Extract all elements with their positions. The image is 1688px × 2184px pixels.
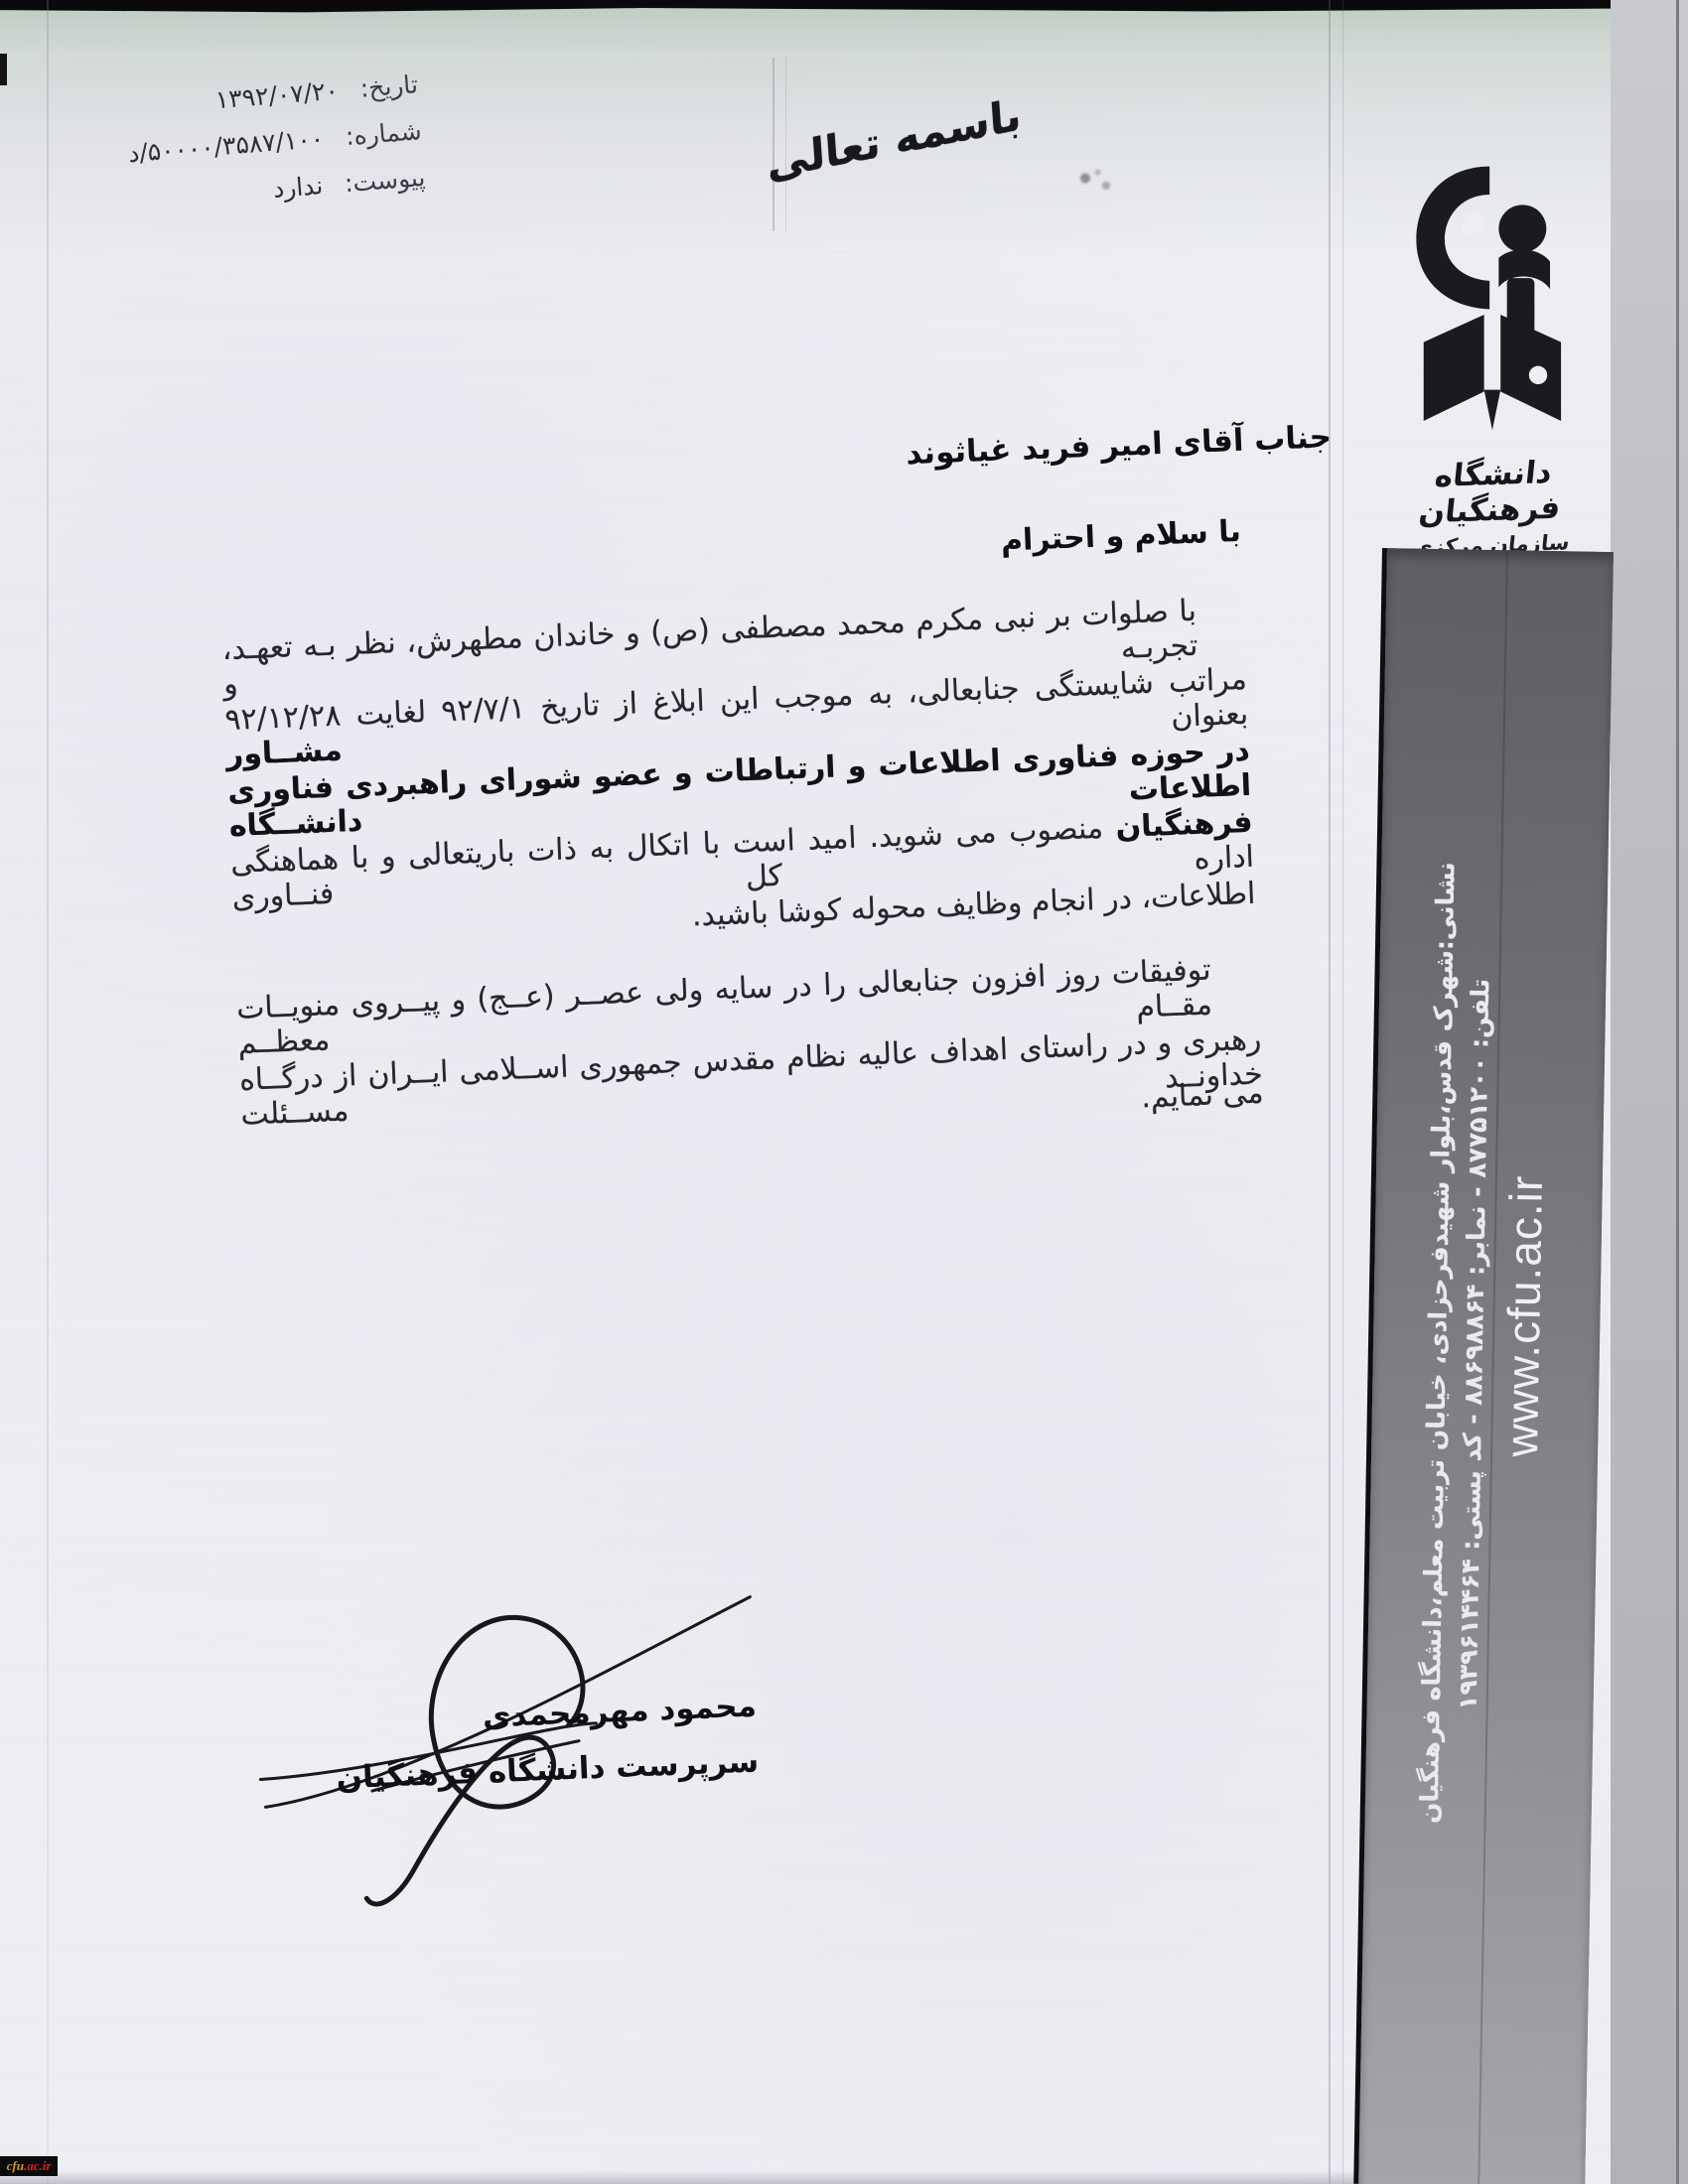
left-margin-line [47,0,49,2184]
university-emblem-icon [1409,159,1574,447]
body-text-bold: فرهنگیان [1115,805,1253,846]
besmele-calligraphy: باسمه تعالی [766,90,1023,190]
scan-edge-bottom [0,2170,1390,2184]
attachment-label: پیوست: [343,154,427,206]
watermark-suffix: .ac.ir [24,2158,51,2174]
letter-meta-block: تاریخ: ۱۳۹۲/۰۷/۲۰ شماره: ۱۰۰‏/۳۵۸۷‏/۵۰۰۰… [89,61,427,225]
date-label: تاریخ: [358,61,420,111]
body-text-bold: مشــاور [225,733,343,772]
number-label: شماره: [344,107,423,160]
scan-edge-right-line [1676,0,1679,2184]
logo-university-name: دانشگاه فرهنگیان [1382,453,1600,532]
ink-smudge [1070,165,1120,195]
scanned-letter-page: تاریخ: ۱۳۹۲/۰۷/۲۰ شماره: ۱۰۰‏/۳۵۸۷‏/۵۰۰۰… [0,0,1688,2184]
addressee-line: جناب آقای امیر فرید غیاثوند [906,419,1333,472]
corner-watermark: cfu.ac.ir [0,2156,58,2176]
scan-edge-top [0,0,1688,13]
attachment-value: ندارد [271,162,325,212]
salutation-line: با سلام و احترام [1000,514,1241,559]
fold-line [1342,0,1343,2184]
letterhead-strip-content: نشانی:شهرک قدس،بلوار شهیدفرحزادی، خیابان… [1358,548,1614,2184]
scan-edge-mark [0,54,7,85]
letterhead-strip: نشانی:شهرک قدس،بلوار شهیدفرحزادی، خیابان… [1353,548,1614,2184]
university-logo: دانشگاه فرهنگیان سازمان مرکزی [1386,159,1597,557]
watermark-prefix: cfu [7,2158,24,2174]
letter-body: جناب آقای امیر فرید غیاثوند با سلام و اح… [145,415,1296,1947]
fold-line [1329,0,1331,2184]
